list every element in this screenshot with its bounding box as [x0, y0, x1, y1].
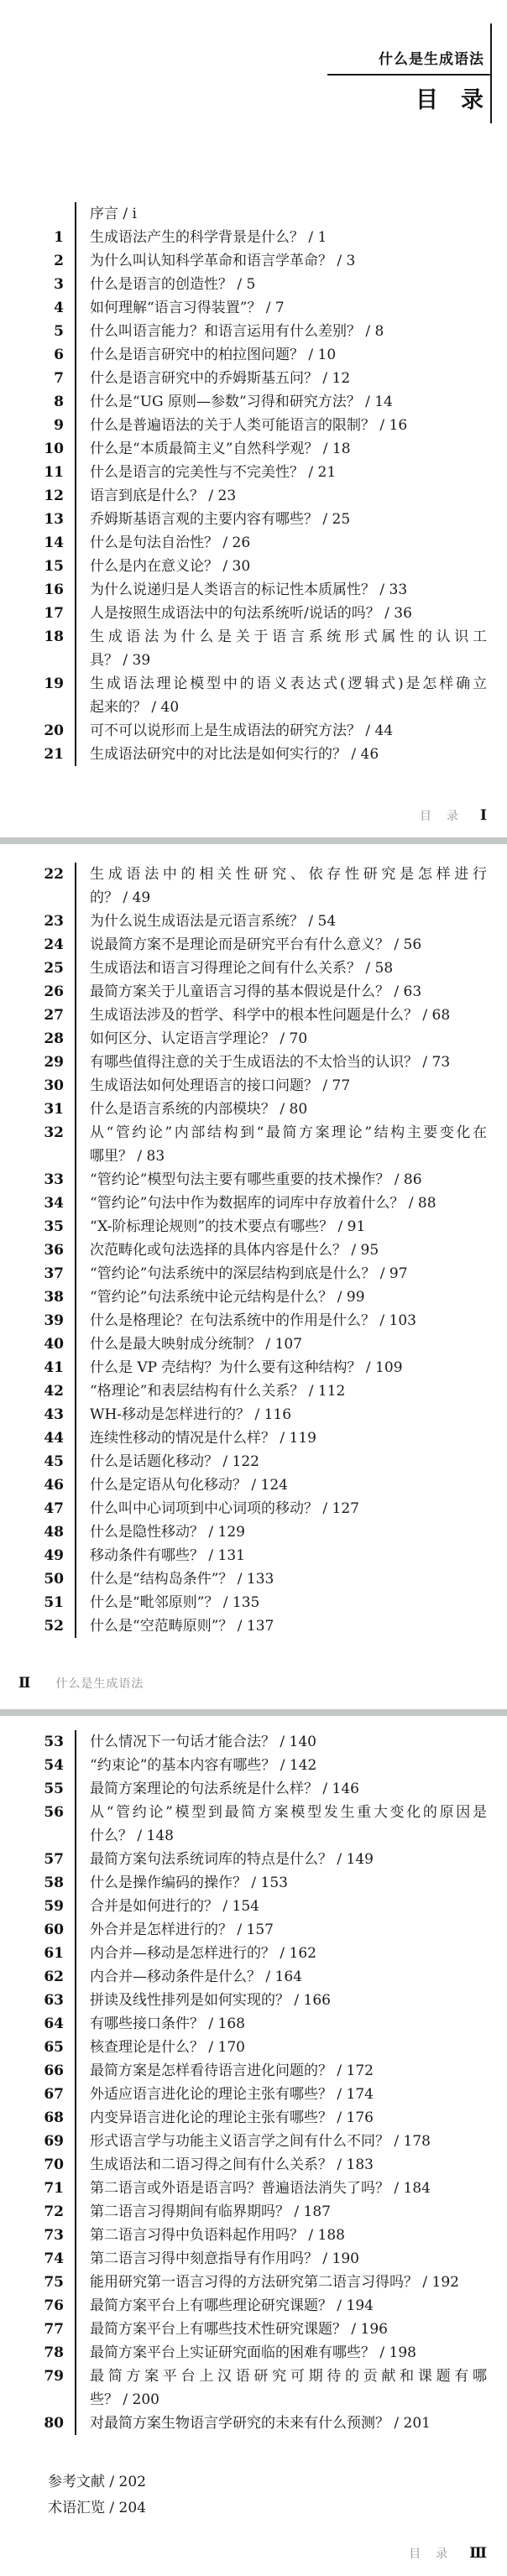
toc-entry: 38“管约论”句法系统中论元结构是什么？ / 99 — [0, 1285, 487, 1309]
entry-text: 什么是“结构岛条件”？ / 133 — [75, 1567, 487, 1591]
toc-entry: 21生成语法研究中的对比法是如何实行的？ / 46 — [0, 743, 487, 766]
entry-number: 3 — [0, 273, 64, 296]
entry-number: 51 — [0, 1591, 64, 1614]
entry-text: 第二语言或外语是语言吗？普遍语法消失了吗？ / 184 — [75, 2177, 487, 2200]
entry-text: 次范畴化或句法选择的具体内容是什么？ / 95 — [75, 1238, 487, 1262]
entry-text: 外合并是怎样进行的？ / 157 — [75, 1918, 487, 1942]
entry-text: 什么是定语从句化移动？ / 124 — [75, 1473, 487, 1497]
entry-number: 33 — [0, 1168, 64, 1192]
toc-entry: 66最简方案是怎样看待语言进化问题的？ / 172 — [0, 2059, 487, 2083]
entry-text: 什么情况下一句话才能合法？ / 140 — [75, 1730, 487, 1754]
toc-entry: 59合并是如何进行的？ / 154 — [0, 1895, 487, 1918]
entry-number: 40 — [0, 1332, 64, 1356]
entry-number: 36 — [0, 1238, 64, 1262]
toc-entry: 57最简方案句法系统词库的特点是什么？ / 149 — [0, 1848, 487, 1871]
entry-number: 72 — [0, 2200, 64, 2224]
toc-entry: 23为什么说生成语法是元语言系统？ / 54 — [0, 910, 487, 933]
entry-text: 生成语法和二语习得之间有什么关系？ / 183 — [75, 2153, 487, 2177]
toc-entry: 1生成语法产生的科学背景是什么？ / 1 — [0, 226, 487, 249]
entry-text: 为什么说递归是人类语言的标记性本质属性？ / 33 — [75, 578, 487, 602]
entry-number: 1 — [0, 226, 64, 249]
toc-entry: 14什么是句法自治性？ / 26 — [0, 531, 487, 555]
footer-section-label: 什么是生成语法 — [55, 1677, 144, 1691]
entry-number: 52 — [0, 1614, 64, 1638]
toc-entry: 22生成语法中的相关性研究、依存性研究是怎样进行的？ / 49 — [0, 863, 487, 910]
toc-heading: 目 录 — [416, 81, 483, 114]
entry-text: 为什么叫认知科学革命和语言学革命？ / 3 — [75, 249, 487, 273]
entry-number: 35 — [0, 1215, 64, 1238]
toc-entry: 49移动条件有哪些？ / 131 — [0, 1544, 487, 1567]
toc-entry: 31什么是语言系统的内部模块？ / 80 — [0, 1098, 487, 1121]
toc-entry: 58什么是操作编码的操作？ / 153 — [0, 1871, 487, 1895]
toc-entry: 44连续性移动的情况是什么样？ / 119 — [0, 1426, 487, 1450]
toc-entry: 20可不可以说形而上是生成语法的研究方法？ / 44 — [0, 719, 487, 743]
entry-text: 可不可以说形而上是生成语法的研究方法？ / 44 — [75, 719, 487, 743]
toc-page-1: 什么是生成语法 目 录 序言 / i1生成语法产生的科学背景是什么？ / 12为… — [0, 0, 507, 837]
toc-entry: 46什么是定语从句化移动？ / 124 — [0, 1473, 487, 1497]
entry-text: 有哪些值得注意的关于生成语法的不太恰当的认识？ / 73 — [75, 1051, 487, 1074]
back-matter-item: 参考文献 / 202 — [48, 2469, 146, 2495]
page3-footer: 目 录Ⅲ — [409, 2545, 487, 2562]
entry-number: 59 — [0, 1895, 64, 1918]
toc-entry: 6什么是语言研究中的柏拉图问题？ / 10 — [0, 343, 487, 367]
entry-number: 12 — [0, 484, 64, 508]
entry-number: 45 — [0, 1450, 64, 1473]
toc-entry: 序言 / i — [0, 202, 487, 226]
toc-entry: 80对最简方案生物语言学研究的未来有什么预测？ / 201 — [0, 2412, 487, 2435]
toc-entry: 54“约束论”的基本内容有哪些？ / 142 — [0, 1754, 487, 1777]
entry-text: “管约论”模型句法主要有哪些重要的技术操作？ / 86 — [75, 1168, 487, 1192]
entry-text: 最简方案是怎样看待语言进化问题的？ / 172 — [75, 2059, 487, 2083]
entry-number: 10 — [0, 437, 64, 461]
entry-number: 65 — [0, 2036, 64, 2059]
entry-text: 生成语法理论模型中的语义表达式(逻辑式)是怎样确立起来的？ / 40 — [75, 672, 487, 719]
entry-number: 8 — [0, 390, 64, 414]
entry-text: “管约论”句法系统中的深层结构到底是什么？ / 97 — [75, 1262, 487, 1285]
footer-section-label: 目 录 — [409, 2547, 449, 2561]
toc-entry: 72第二语言习得期间有临界期吗？ / 187 — [0, 2200, 487, 2224]
entry-text: 形式语言学与功能主义语言学之间有什么不同？ / 178 — [75, 2130, 487, 2153]
toc-document: 什么是生成语法 目 录 序言 / i1生成语法产生的科学背景是什么？ / 12为… — [0, 0, 507, 2576]
entry-number: 69 — [0, 2130, 64, 2153]
entry-number: 25 — [0, 957, 64, 980]
toc-entry: 60外合并是怎样进行的？ / 157 — [0, 1918, 487, 1942]
entry-number: 76 — [0, 2294, 64, 2318]
entry-number: 73 — [0, 2224, 64, 2247]
entry-number: 27 — [0, 1004, 64, 1027]
entry-number: 55 — [0, 1777, 64, 1801]
entry-text: 序言 / i — [75, 202, 487, 226]
toc-entry: 63拼读及线性排列是如何实现的？ / 166 — [0, 1989, 487, 2012]
entry-text: 什么是语言研究中的柏拉图问题？ / 10 — [75, 343, 487, 367]
toc-entry: 29有哪些值得注意的关于生成语法的不太恰当的认识？ / 73 — [0, 1051, 487, 1074]
toc-entry: 30生成语法如何处理语言的接口问题？ / 77 — [0, 1074, 487, 1098]
toc-entry: 51什么是“毗邻原则”？ / 135 — [0, 1591, 487, 1614]
toc-entry: 9什么是普遍语法的关于人类可能语言的限制？ / 16 — [0, 414, 487, 437]
entry-text: 说最简方案不是理论而是研究平台有什么意义？ / 56 — [75, 933, 487, 957]
entry-text: 什么是格理论？在句法系统中的作用是什么？ / 103 — [75, 1309, 487, 1332]
toc-entry: 37“管约论”句法系统中的深层结构到底是什么？ / 97 — [0, 1262, 487, 1285]
header-vertical-rule — [490, 23, 492, 123]
entry-text: 人是按照生成语法中的句法系统听/说话的吗？ / 36 — [75, 602, 487, 625]
entry-text: 什么是隐性移动？ / 129 — [75, 1520, 487, 1544]
toc-entry: 52什么是“空范畴原则”？ / 137 — [0, 1614, 487, 1638]
entry-number: 2 — [0, 249, 64, 273]
entry-text: 最简方案平台上实证研究面临的困难有哪些？ / 198 — [75, 2341, 487, 2365]
entry-text: 内合并—移动是怎样进行的？ / 162 — [75, 1942, 487, 1965]
entry-number: 14 — [0, 531, 64, 555]
entry-number: 49 — [0, 1544, 64, 1567]
toc-entry: 78最简方案平台上实证研究面临的困难有哪些？ / 198 — [0, 2341, 487, 2365]
entry-text: 从“管约论”内部结构到“最简方案理论”结构主要变化在哪里？ / 83 — [75, 1121, 487, 1168]
entry-text: 有哪些接口条件？ / 168 — [75, 2012, 487, 2036]
entry-number: 4 — [0, 296, 64, 320]
entry-number: 70 — [0, 2153, 64, 2177]
entry-number: 39 — [0, 1309, 64, 1332]
toc-entry: 4如何理解“语言习得装置”？ / 7 — [0, 296, 487, 320]
entry-text: 内变异语言进化论的理论主张有哪些？ / 176 — [75, 2106, 487, 2130]
toc-entry: 24说最简方案不是理论而是研究平台有什么意义？ / 56 — [0, 933, 487, 957]
entry-text: 什么是“毗邻原则”？ / 135 — [75, 1591, 487, 1614]
entry-number: 19 — [0, 672, 64, 719]
entry-number: 37 — [0, 1262, 64, 1285]
entry-number: 28 — [0, 1027, 64, 1051]
book-title: 什么是生成语法 — [379, 47, 484, 68]
entry-text: “管约论”句法中作为数据库的词库中存放着什么？ / 88 — [75, 1192, 487, 1215]
entry-number: 34 — [0, 1192, 64, 1215]
entry-number: 47 — [0, 1497, 64, 1520]
entry-text: 如何区分、认定语言学理论？ / 70 — [75, 1027, 487, 1051]
entry-text: 最简方案理论的句法系统是什么样？ / 146 — [75, 1777, 487, 1801]
entry-number: 71 — [0, 2177, 64, 2200]
entry-text: 什么叫中心词项到中心词项的移动？ / 127 — [75, 1497, 487, 1520]
toc-entry: 73第二语言习得中负语料起作用吗？ / 188 — [0, 2224, 487, 2247]
entry-text: 合并是如何进行的？ / 154 — [75, 1895, 487, 1918]
entry-number: 50 — [0, 1567, 64, 1591]
entry-number: 30 — [0, 1074, 64, 1098]
entry-number: 67 — [0, 2083, 64, 2106]
toc-list-page-1: 序言 / i1生成语法产生的科学背景是什么？ / 12为什么叫认知科学革命和语言… — [0, 202, 487, 766]
toc-entry: 13乔姆斯基语言观的主要内容有哪些？ / 25 — [0, 508, 487, 531]
toc-entry: 41什么是 VP 壳结构？为什么要有这种结构？ / 109 — [0, 1356, 487, 1379]
page-divider-2 — [0, 1709, 507, 1716]
footer-section-label: 目 录 — [420, 810, 460, 823]
toc-entry: 18生成语法为什么是关于语言系统形式属性的认识工具？ / 39 — [0, 625, 487, 672]
toc-entry: 64有哪些接口条件？ / 168 — [0, 2012, 487, 2036]
toc-entry: 28如何区分、认定语言学理论？ / 70 — [0, 1027, 487, 1051]
entry-number: 7 — [0, 367, 64, 390]
entry-text: 内合并—移动条件是什么？ / 164 — [75, 1965, 487, 1989]
entry-text: 什么是普遍语法的关于人类可能语言的限制？ / 16 — [75, 414, 487, 437]
entry-number: 63 — [0, 1989, 64, 2012]
entry-text: 什么叫语言能力？和语言运用有什么差别？ / 8 — [75, 320, 487, 343]
entry-number: 20 — [0, 719, 64, 743]
entry-number: 38 — [0, 1285, 64, 1309]
entry-text: 什么是操作编码的操作？ / 153 — [75, 1871, 487, 1895]
toc-entry: 53什么情况下一句话才能合法？ / 140 — [0, 1730, 487, 1754]
toc-entry: 26最简方案关于儿童语言习得的基本假说是什么？ / 63 — [0, 980, 487, 1004]
entry-number: 57 — [0, 1848, 64, 1871]
entry-number: 66 — [0, 2059, 64, 2083]
entry-number: 32 — [0, 1121, 64, 1168]
toc-entry: 67外适应语言进化论的理论主张有哪些？ / 174 — [0, 2083, 487, 2106]
entry-text: 生成语法涉及的哲学、科学中的根本性问题是什么？ / 68 — [75, 1004, 487, 1027]
entry-text: 最简方案平台上有哪些技术性研究课题？ / 196 — [75, 2318, 487, 2341]
page1-footer: 目 录Ⅰ — [420, 807, 487, 824]
entry-number: 23 — [0, 910, 64, 933]
entry-number: 54 — [0, 1754, 64, 1777]
entry-number: 64 — [0, 2012, 64, 2036]
entry-number: 15 — [0, 555, 64, 578]
toc-entry: 33“管约论”模型句法主要有哪些重要的技术操作？ / 86 — [0, 1168, 487, 1192]
entry-number: 78 — [0, 2341, 64, 2365]
entry-number: 58 — [0, 1871, 64, 1895]
toc-entry: 39什么是格理论？在句法系统中的作用是什么？ / 103 — [0, 1309, 487, 1332]
entry-text: 什么是语言的创造性？ / 5 — [75, 273, 487, 296]
toc-page-3: 53什么情况下一句话才能合法？ / 14054“约束论”的基本内容有哪些？ / … — [0, 1716, 507, 2576]
toc-entry: 74第二语言习得中刻意指导有作用吗？ / 190 — [0, 2247, 487, 2271]
entry-text: 移动条件有哪些？ / 131 — [75, 1544, 487, 1567]
toc-entry: 8什么是“UG 原则—参数”习得和研究方法？ / 14 — [0, 390, 487, 414]
entry-text: 第二语言习得中负语料起作用吗？ / 188 — [75, 2224, 487, 2247]
entry-number: 56 — [0, 1801, 64, 1848]
back-matter-item: 术语汇览 / 204 — [48, 2495, 146, 2521]
toc-entry: 35“X-阶标理论规则”的技术要点有哪些？ / 91 — [0, 1215, 487, 1238]
entry-number: 74 — [0, 2247, 64, 2271]
toc-entry: 71第二语言或外语是语言吗？普遍语法消失了吗？ / 184 — [0, 2177, 487, 2200]
footer-page-number: Ⅲ — [469, 2545, 487, 2562]
entry-text: 生成语法中的相关性研究、依存性研究是怎样进行的？ / 49 — [75, 863, 487, 910]
entry-text: 语言到底是什么？ / 23 — [75, 484, 487, 508]
entry-number: 16 — [0, 578, 64, 602]
toc-entry: 75能用研究第一语言习得的方法研究第二语言习得吗？ / 192 — [0, 2271, 487, 2294]
toc-entry: 69形式语言学与功能主义语言学之间有什么不同？ / 178 — [0, 2130, 487, 2153]
entry-text: 什么是话题化移动？ / 122 — [75, 1450, 487, 1473]
entry-text: 什么是内在意义论？ / 30 — [75, 555, 487, 578]
toc-entry: 27生成语法涉及的哲学、科学中的根本性问题是什么？ / 68 — [0, 1004, 487, 1027]
entry-number: 68 — [0, 2106, 64, 2130]
entry-number: 41 — [0, 1356, 64, 1379]
page2-footer: Ⅱ什么是生成语法 — [18, 1675, 144, 1692]
entry-text: 第二语言习得中刻意指导有作用吗？ / 190 — [75, 2247, 487, 2271]
entry-number: 29 — [0, 1051, 64, 1074]
entry-number: 21 — [0, 743, 64, 766]
toc-entry: 56从“管约论”模型到最简方案模型发生重大变化的原因是什么？ / 148 — [0, 1801, 487, 1848]
entry-number: 5 — [0, 320, 64, 343]
toc-entry: 40什么是最大映射成分统制？ / 107 — [0, 1332, 487, 1356]
toc-entry: 68内变异语言进化论的理论主张有哪些？ / 176 — [0, 2106, 487, 2130]
toc-entry: 12语言到底是什么？ / 23 — [0, 484, 487, 508]
entry-text: “X-阶标理论规则”的技术要点有哪些？ / 91 — [75, 1215, 487, 1238]
entry-text: 最简方案关于儿童语言习得的基本假说是什么？ / 63 — [75, 980, 487, 1004]
entry-number: 26 — [0, 980, 64, 1004]
toc-entry: 25生成语法和语言习得理论之间有什么关系？ / 58 — [0, 957, 487, 980]
page-divider-1 — [0, 837, 507, 844]
toc-entry: 45什么是话题化移动？ / 122 — [0, 1450, 487, 1473]
entry-text: 生成语法为什么是关于语言系统形式属性的认识工具？ / 39 — [75, 625, 487, 672]
entry-number: 43 — [0, 1403, 64, 1426]
entry-number: 18 — [0, 625, 64, 672]
toc-entry: 34“管约论”句法中作为数据库的词库中存放着什么？ / 88 — [0, 1192, 487, 1215]
entry-number: 61 — [0, 1942, 64, 1965]
toc-entry: 79最简方案平台上汉语研究可期待的贡献和课题有哪些？ / 200 — [0, 2365, 487, 2412]
entry-number: 31 — [0, 1098, 64, 1121]
entry-text: 什么是“空范畴原则”？ / 137 — [75, 1614, 487, 1638]
toc-entry: 47什么叫中心词项到中心词项的移动？ / 127 — [0, 1497, 487, 1520]
entry-number: 48 — [0, 1520, 64, 1544]
entry-text: 什么是语言研究中的乔姆斯基五问？ / 12 — [75, 367, 487, 390]
back-matter: 参考文献 / 202 术语汇览 / 204 — [48, 2469, 146, 2521]
entry-text: 外适应语言进化论的理论主张有哪些？ / 174 — [75, 2083, 487, 2106]
entry-text: 第二语言习得期间有临界期吗？ / 187 — [75, 2200, 487, 2224]
entry-text: 什么是语言的完美性与不完美性？ / 21 — [75, 461, 487, 484]
entry-text: 生成语法产生的科学背景是什么？ / 1 — [75, 226, 487, 249]
toc-entry: 62内合并—移动条件是什么？ / 164 — [0, 1965, 487, 1989]
toc-entry: 76最简方案平台上有哪些理论研究课题？ / 194 — [0, 2294, 487, 2318]
entry-text: 能用研究第一语言习得的方法研究第二语言习得吗？ / 192 — [75, 2271, 487, 2294]
toc-list-page-2: 22生成语法中的相关性研究、依存性研究是怎样进行的？ / 4923为什么说生成语… — [0, 863, 487, 1638]
entry-text: 什么是句法自治性？ / 26 — [75, 531, 487, 555]
entry-text: 最简方案平台上汉语研究可期待的贡献和课题有哪些？ / 200 — [75, 2365, 487, 2412]
toc-entry: 65核查理论是什么？ / 170 — [0, 2036, 487, 2059]
toc-entry: 61内合并—移动是怎样进行的？ / 162 — [0, 1942, 487, 1965]
toc-entry: 42“格理论”和表层结构有什么关系？ / 112 — [0, 1379, 487, 1403]
entry-number: 9 — [0, 414, 64, 437]
toc-entry: 48什么是隐性移动？ / 129 — [0, 1520, 487, 1544]
entry-number: 6 — [0, 343, 64, 367]
entry-text: 什么是 VP 壳结构？为什么要有这种结构？ / 109 — [75, 1356, 487, 1379]
entry-text: 生成语法和语言习得理论之间有什么关系？ / 58 — [75, 957, 487, 980]
footer-page-number: Ⅱ — [18, 1675, 30, 1692]
entry-text: 生成语法研究中的对比法是如何实行的？ / 46 — [75, 743, 487, 766]
entry-number: 42 — [0, 1379, 64, 1403]
entry-text: “管约论”句法系统中论元结构是什么？ / 99 — [75, 1285, 487, 1309]
entry-text: 乔姆斯基语言观的主要内容有哪些？ / 25 — [75, 508, 487, 531]
toc-entry: 70生成语法和二语习得之间有什么关系？ / 183 — [0, 2153, 487, 2177]
entry-text: 连续性移动的情况是什么样？ / 119 — [75, 1426, 487, 1450]
entry-number: 79 — [0, 2365, 64, 2412]
toc-entry: 2为什么叫认知科学革命和语言学革命？ / 3 — [0, 249, 487, 273]
entry-number: 75 — [0, 2271, 64, 2294]
header-horizontal-rule — [327, 74, 490, 76]
entry-text: 什么是“本质最简主义”自然科学观？ / 18 — [75, 437, 487, 461]
toc-entry: 32从“管约论”内部结构到“最简方案理论”结构主要变化在哪里？ / 83 — [0, 1121, 487, 1168]
entry-number: 60 — [0, 1918, 64, 1942]
entry-text: 最简方案句法系统词库的特点是什么？ / 149 — [75, 1848, 487, 1871]
entry-number: 22 — [0, 863, 64, 910]
entry-number: 44 — [0, 1426, 64, 1450]
entry-text: 从“管约论”模型到最简方案模型发生重大变化的原因是什么？ / 148 — [75, 1801, 487, 1848]
entry-text: 生成语法如何处理语言的接口问题？ / 77 — [75, 1074, 487, 1098]
toc-entry: 7什么是语言研究中的乔姆斯基五问？ / 12 — [0, 367, 487, 390]
toc-entry: 3什么是语言的创造性？ / 5 — [0, 273, 487, 296]
entry-text: 对最简方案生物语言学研究的未来有什么预测？ / 201 — [75, 2412, 487, 2435]
entry-text: 什么是“UG 原则—参数”习得和研究方法？ / 14 — [75, 390, 487, 414]
entry-text: 拼读及线性排列是如何实现的？ / 166 — [75, 1989, 487, 2012]
entry-number: 77 — [0, 2318, 64, 2341]
toc-entry: 55最简方案理论的句法系统是什么样？ / 146 — [0, 1777, 487, 1801]
footer-page-number: Ⅰ — [480, 807, 487, 824]
entry-text: 什么是语言系统的内部模块？ / 80 — [75, 1098, 487, 1121]
entry-text: 为什么说生成语法是元语言系统？ / 54 — [75, 910, 487, 933]
entry-text: 最简方案平台上有哪些理论研究课题？ / 194 — [75, 2294, 487, 2318]
entry-text: WH-移动是怎样进行的？ / 116 — [75, 1403, 487, 1426]
toc-list-page-3: 53什么情况下一句话才能合法？ / 14054“约束论”的基本内容有哪些？ / … — [0, 1730, 487, 2435]
entry-number: 24 — [0, 933, 64, 957]
entry-text: 什么是最大映射成分统制？ / 107 — [75, 1332, 487, 1356]
entry-text: “约束论”的基本内容有哪些？ / 142 — [75, 1754, 487, 1777]
entry-number: 80 — [0, 2412, 64, 2435]
entry-text: 核查理论是什么？ / 170 — [75, 2036, 487, 2059]
toc-entry: 11什么是语言的完美性与不完美性？ / 21 — [0, 461, 487, 484]
entry-number: 53 — [0, 1730, 64, 1754]
toc-page-2: 22生成语法中的相关性研究、依存性研究是怎样进行的？ / 4923为什么说生成语… — [0, 844, 507, 1709]
toc-entry: 36次范畴化或句法选择的具体内容是什么？ / 95 — [0, 1238, 487, 1262]
entry-number: 11 — [0, 461, 64, 484]
toc-entry: 15什么是内在意义论？ / 30 — [0, 555, 487, 578]
entry-number: 46 — [0, 1473, 64, 1497]
entry-text: “格理论”和表层结构有什么关系？ / 112 — [75, 1379, 487, 1403]
entry-number: 13 — [0, 508, 64, 531]
toc-entry: 5什么叫语言能力？和语言运用有什么差别？ / 8 — [0, 320, 487, 343]
toc-entry: 19生成语法理论模型中的语义表达式(逻辑式)是怎样确立起来的？ / 40 — [0, 672, 487, 719]
toc-entry: 16为什么说递归是人类语言的标记性本质属性？ / 33 — [0, 578, 487, 602]
toc-entry: 50什么是“结构岛条件”？ / 133 — [0, 1567, 487, 1591]
toc-entry: 77最简方案平台上有哪些技术性研究课题？ / 196 — [0, 2318, 487, 2341]
entry-number: 62 — [0, 1965, 64, 1989]
toc-entry: 17人是按照生成语法中的句法系统听/说话的吗？ / 36 — [0, 602, 487, 625]
entry-number — [0, 202, 64, 226]
entry-text: 如何理解“语言习得装置”？ / 7 — [75, 296, 487, 320]
toc-entry: 43WH-移动是怎样进行的？ / 116 — [0, 1403, 487, 1426]
entry-number: 17 — [0, 602, 64, 625]
toc-entry: 10什么是“本质最简主义”自然科学观？ / 18 — [0, 437, 487, 461]
